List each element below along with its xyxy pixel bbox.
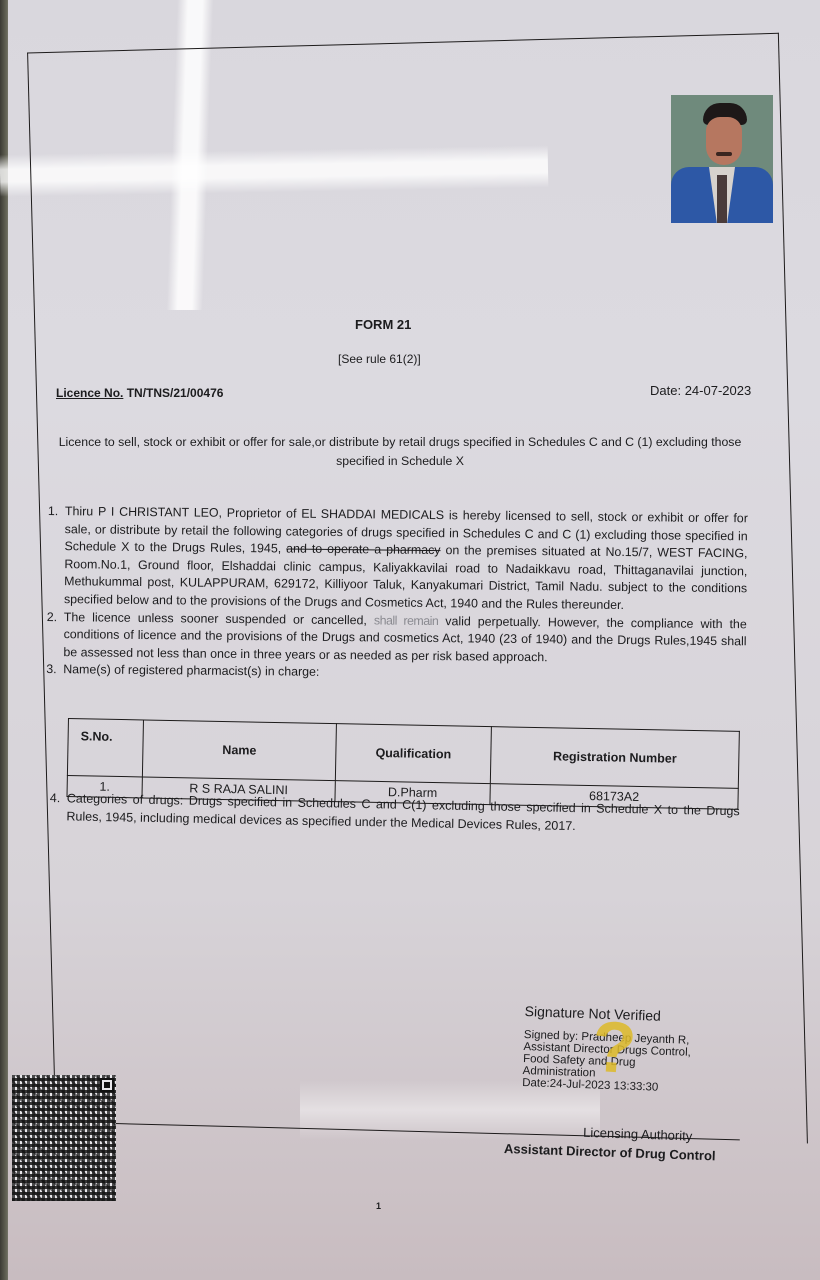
qr-finder-pattern: [100, 1078, 114, 1092]
page-number: 1: [376, 1201, 381, 1211]
clause-1: 1. Thiru P I CHRISTANT LEO, Proprietor o…: [47, 503, 748, 616]
form-title: FORM 21: [355, 317, 411, 332]
clause-2: 2. The licence unless sooner suspended o…: [46, 609, 747, 669]
form-rule-reference: [See rule 61(2)]: [338, 352, 421, 366]
issue-date: Date: 24-07-2023: [650, 383, 751, 398]
licence-number-label: Licence No.: [56, 386, 123, 400]
date-value: 24-07-2023: [685, 383, 752, 398]
column-header: Qualification: [335, 724, 491, 784]
clause-number: 2.: [46, 609, 64, 662]
qr-code-icon: [12, 1075, 116, 1201]
licence-description: Licence to sell, stock or exhibit or off…: [40, 433, 760, 471]
column-header: Registration Number: [490, 727, 739, 789]
proprietor-photo: [671, 95, 773, 223]
blurred-text: shall remain: [374, 613, 439, 628]
clause-number: 4.: [49, 789, 67, 825]
clause-number: 1.: [47, 503, 65, 609]
column-header: S.No.: [67, 719, 143, 777]
licence-number: Licence No. TN/TNS/21/00476: [56, 386, 223, 400]
licence-number-value: TN/TNS/21/00476: [127, 386, 224, 400]
clause-text: The licence unless sooner suspended or c…: [64, 610, 374, 627]
clause-number: 3.: [46, 661, 63, 679]
date-label: Date:: [650, 383, 681, 398]
struck-text: and to operate a pharmacy: [286, 542, 440, 558]
licence-clauses: 1. Thiru P I CHRISTANT LEO, Proprietor o…: [46, 503, 748, 686]
column-header: Name: [142, 720, 336, 781]
question-mark-icon: ?: [590, 1011, 639, 1086]
